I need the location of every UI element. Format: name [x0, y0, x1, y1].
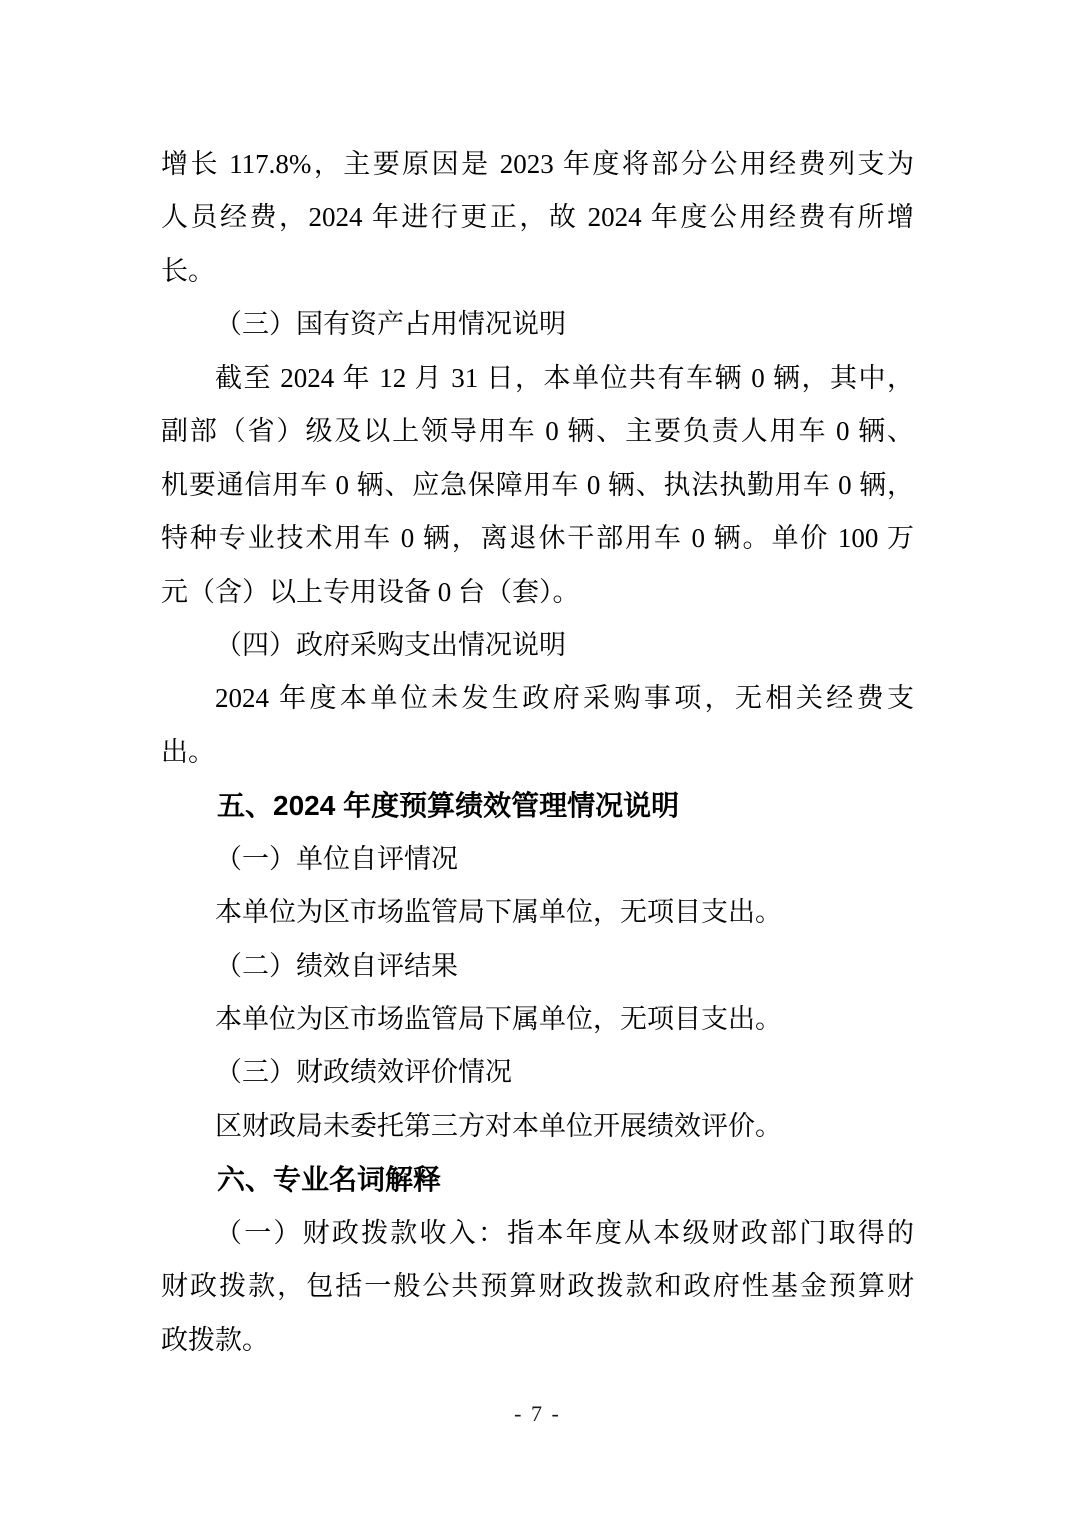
- page-number: - 7 -: [0, 1396, 1075, 1432]
- text-line: 财政拨款，包括一般公共预算财政拨款和政府性基金预算财: [161, 1260, 914, 1313]
- subsection-heading: （一）单位自评情况: [161, 833, 914, 886]
- text-line: 副部（省）级及以上领导用车 0 辆、主要负责人用车 0 辆、: [161, 405, 914, 458]
- text-line: 机要通信用车 0 辆、应急保障用车 0 辆、执法执勤用车 0 辆，: [161, 459, 914, 512]
- text-line: 增长 117.8%，主要原因是 2023 年度将部分公用经费列支为: [161, 138, 914, 191]
- subsection-heading: （四）政府采购支出情况说明: [161, 619, 914, 672]
- subsection-heading: （三）财政绩效评价情况: [161, 1046, 914, 1099]
- text-line: 出。: [161, 726, 914, 779]
- document-body: 增长 117.8%，主要原因是 2023 年度将部分公用经费列支为 人员经费，2…: [161, 138, 914, 1367]
- text-line: 长。: [161, 245, 914, 298]
- text-line: 特种专业技术用车 0 辆，离退休干部用车 0 辆。单价 100 万: [161, 512, 914, 565]
- text-line: （一）财政拨款收入：指本年度从本级财政部门取得的: [161, 1207, 914, 1260]
- document-page: 增长 117.8%，主要原因是 2023 年度将部分公用经费列支为 人员经费，2…: [0, 0, 1075, 1520]
- text-line: 政拨款。: [161, 1314, 914, 1367]
- subsection-heading: （二）绩效自评结果: [161, 940, 914, 993]
- text-line: 元（含）以上专用设备 0 台（套）。: [161, 566, 914, 619]
- section-heading: 五、2024 年度预算绩效管理情况说明: [161, 779, 914, 832]
- subsection-heading: （三）国有资产占用情况说明: [161, 298, 914, 351]
- text-line: 区财政局未委托第三方对本单位开展绩效评价。: [161, 1100, 914, 1153]
- text-line: 2024 年度本单位未发生政府采购事项，无相关经费支: [161, 672, 914, 725]
- section-heading: 六、专业名词解释: [161, 1153, 914, 1206]
- text-line: 人员经费，2024 年进行更正，故 2024 年度公用经费有所增: [161, 191, 914, 244]
- text-line: 本单位为区市场监管局下属单位，无项目支出。: [161, 886, 914, 939]
- text-line: 截至 2024 年 12 月 31 日，本单位共有车辆 0 辆，其中，: [161, 352, 914, 405]
- text-line: 本单位为区市场监管局下属单位，无项目支出。: [161, 993, 914, 1046]
